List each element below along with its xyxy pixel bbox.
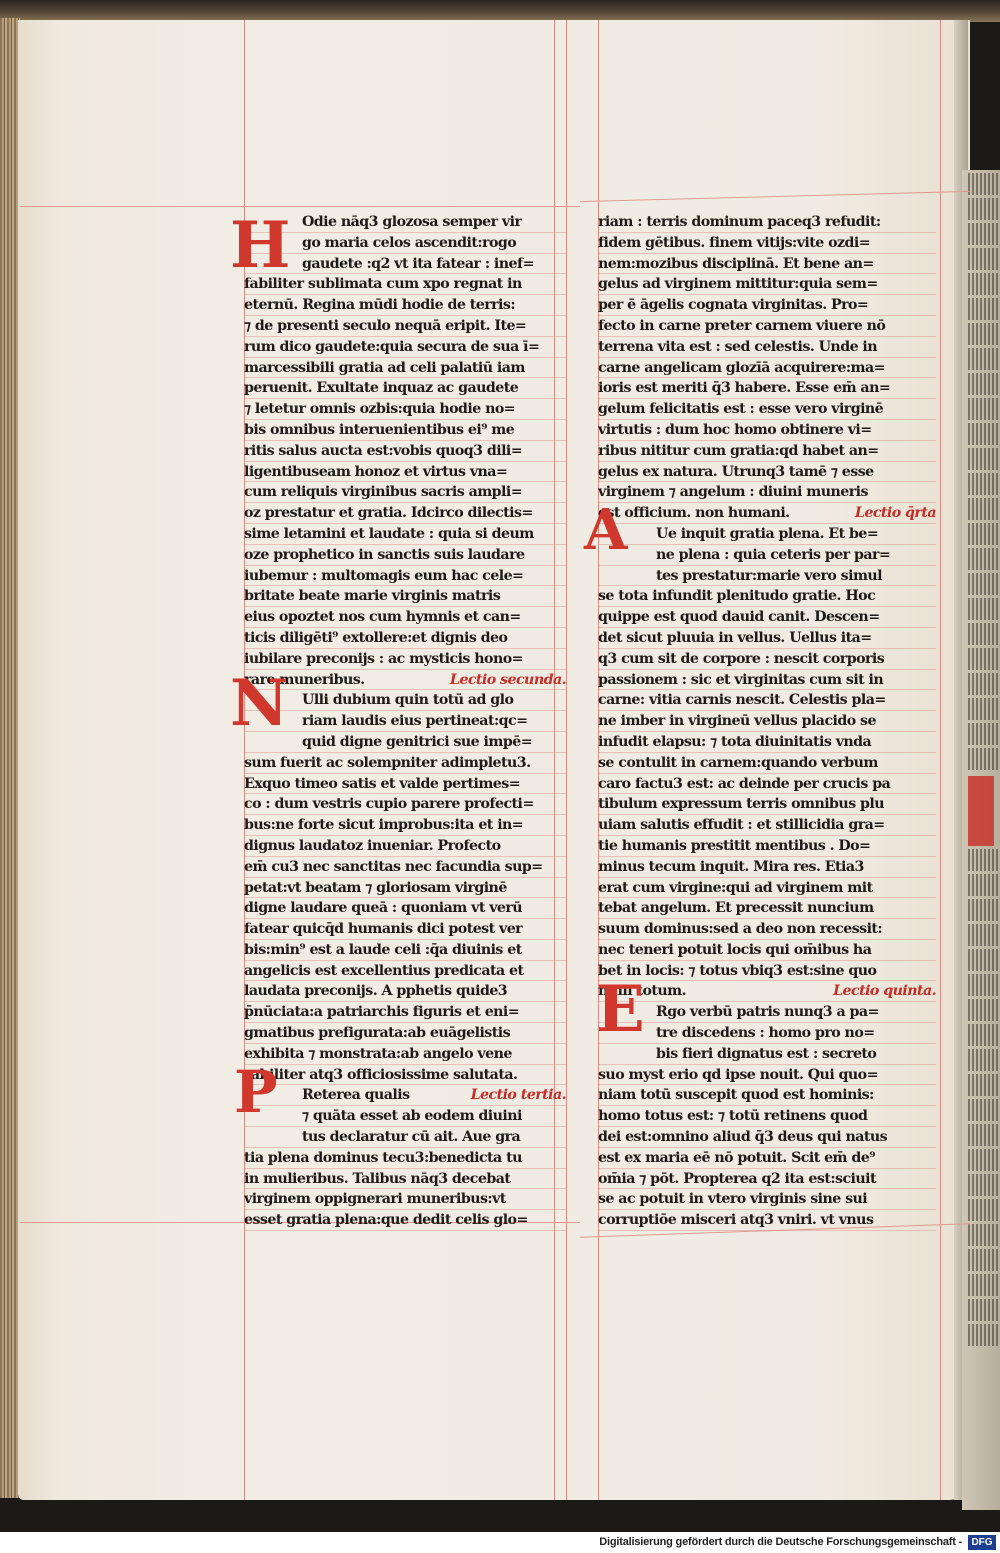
ghost-text-line — [968, 1149, 998, 1171]
line-text: digne laudare queā : quoniam vt verū — [244, 900, 522, 916]
line-text: tes prestatur:marie vero simul — [656, 568, 882, 584]
ghost-text-line — [968, 1049, 998, 1071]
text-line: dignus laudatoz inueniar. Profecto — [244, 836, 566, 857]
ghost-text-line — [968, 173, 998, 195]
initial-letter-a: A — [584, 498, 627, 562]
rubric-heading: Lectio q̄rta — [855, 503, 936, 524]
line-text: tre discedens : homo pro no= — [656, 1025, 875, 1041]
line-text: co : dum vestris cupio parere profecti= — [244, 796, 534, 812]
line-text: tebat angelum. Et precessit nuncium — [598, 900, 874, 916]
text-line: rum dico gaudete:quia secura de sua ī= — [244, 337, 566, 358]
text-line: suum dominus:sed a deo non recessit: — [598, 919, 936, 940]
text-line: tre discedens : homo pro no= — [598, 1023, 936, 1044]
ghost-text-line — [968, 1074, 998, 1096]
text-line: gaudete :q2 vt ita fatear : inef= — [244, 254, 566, 275]
text-line: riam laudis eius pertineat:qc= — [244, 711, 566, 732]
text-line: digne laudare queā : quoniam vt verū — [244, 898, 566, 919]
ruling-line-vertical — [940, 20, 941, 1500]
text-column-left: Odie nāq3 glozosa semper virgo maria cel… — [244, 212, 566, 1231]
line-text: gelus ex natura. Utrunq3 tamē ⁊ esse — [598, 464, 874, 480]
ghost-text-line — [968, 698, 998, 720]
text-line: per ē āgelis cognata virginitas. Pro= — [598, 295, 936, 316]
line-text: Ue inquit gratia plena. Et be= — [656, 526, 878, 542]
ghost-text-line — [968, 1274, 998, 1296]
ghost-text-line — [968, 423, 998, 445]
initial-letter-p: P — [234, 1060, 278, 1124]
line-text: Odie nāq3 glozosa semper vir — [302, 214, 521, 230]
line-text: Reterea qualis — [302, 1087, 410, 1103]
text-line: Exquo timeo satis et valde pertimes= — [244, 774, 566, 795]
text-line: nem:mozibus disciplinā. Et bene an= — [598, 254, 936, 275]
book-scan: Odie nāq3 glozosa semper virgo maria cel… — [0, 0, 1000, 1532]
line-text: ⁊ de presenti seculo nequā eripit. Ite= — [244, 318, 526, 334]
line-text: se ac potuit in vtero virginis sine sui — [598, 1191, 867, 1207]
ghost-text-line — [968, 1099, 998, 1121]
line-text: bis omnibus interuenientibus ei⁹ me — [244, 422, 514, 438]
text-line: eternū. Regina mūdi hodie de terris: — [244, 295, 566, 316]
ghost-text-line — [968, 999, 998, 1021]
text-line: tus declaratur cū ait. Aue gra — [244, 1127, 566, 1148]
ghost-text-line — [968, 874, 998, 896]
line-text: virtutis : dum hoc homo obtinere vi= — [598, 422, 872, 438]
ghost-text-line — [968, 1124, 998, 1146]
line-text: britate beate marie virginis matris — [244, 588, 500, 604]
line-text: bis fieri dignatus est : secreto — [656, 1046, 876, 1062]
line-text: uiam salutis effudit : et stillicidia gr… — [598, 817, 885, 833]
text-line: minus tecum inquit. Mira res. Etia3 — [598, 857, 936, 878]
text-line: petat:vt beatam ⁊ gloriosam virginē — [244, 878, 566, 899]
line-text: exhibita ⁊ monstrata:ab angelo vene — [244, 1046, 512, 1062]
ghost-text-line — [968, 748, 998, 770]
line-text: det sicut pluuia in vellus. Uellus ita= — [598, 630, 872, 646]
line-text: sum fuerit ac solempniter adimpletu3. — [244, 755, 531, 771]
text-line: niam totū suscepit quod est hominis: — [598, 1085, 936, 1106]
line-text: erat cum virgine:qui ad virginem mit — [598, 880, 873, 896]
initial-letter-h: H — [230, 214, 290, 278]
text-line: se contulit in carnem:quando verbum — [598, 753, 936, 774]
line-text: oze prophetico in sanctis suis laudare — [244, 547, 524, 563]
text-line: q3 cum sit de corpore : nescit corporis — [598, 649, 936, 670]
text-line: gelum felicitatis est : esse vero virgin… — [598, 399, 936, 420]
text-line: infudit elapsu: ⁊ tota diuinitatis vnda — [598, 732, 936, 753]
line-text: gelum felicitatis est : esse vero virgin… — [598, 401, 883, 417]
text-line: eius opoztet nos cum hymnis et can= — [244, 607, 566, 628]
text-line: fidem gētibus. finem vitijs:vite ozdi= — [598, 233, 936, 254]
ghost-text-line — [968, 623, 998, 645]
ghost-text-line — [968, 248, 998, 270]
line-text: nem:mozibus disciplinā. Et bene an= — [598, 256, 874, 272]
text-line: caro factu3 est: ac deinde per crucis pa — [598, 774, 936, 795]
line-text: iubemur : multomagis eum hac cele= — [244, 568, 523, 584]
ghost-text-line — [968, 573, 998, 595]
line-text: niam totū suscepit quod est hominis: — [598, 1087, 874, 1103]
line-text: tie humanis prestitit mentibus . Do= — [598, 838, 870, 854]
line-text: caro factu3 est: ac deinde per crucis pa — [598, 776, 890, 792]
text-line: co : dum vestris cupio parere profecti= — [244, 794, 566, 815]
ghost-text-line — [968, 723, 998, 745]
text-line: bis:min⁹ est a laude celi :q̄a diuinis e… — [244, 940, 566, 961]
dfg-logo: DFG — [968, 1535, 996, 1550]
line-text: esset gratia plena:que dedit celis glo= — [244, 1212, 528, 1228]
line-text: fatear quicq̄d humanis dici potest ver — [244, 921, 522, 937]
ghost-text-line — [968, 1299, 998, 1321]
line-text: ticis diligēti⁹ extollere:et dignis deo — [244, 630, 507, 646]
text-line: fecto in carne preter carnem viuere nō — [598, 316, 936, 337]
line-text: Rgo verbū patris nunq3 a pa= — [656, 1004, 879, 1020]
ghost-text-line — [968, 1174, 998, 1196]
text-line: Ue inquit gratia plena. Et be= — [598, 524, 936, 545]
ghost-text-line — [968, 949, 998, 971]
text-line: in mulieribus. Talibus nāq3 decebat — [244, 1169, 566, 1190]
line-text: homo totus est: ⁊ totū retinens quod — [598, 1108, 867, 1124]
line-text: gelus ad virginem mittitur:quia sem= — [598, 276, 878, 292]
line-text: dei est:omnino aliud q̄3 deus qui natus — [598, 1129, 887, 1145]
text-line: nec teneri potuit locis qui om̄ibus ha — [598, 940, 936, 961]
ruling-line-horizontal — [20, 206, 580, 207]
text-line: uiam salutis effudit : et stillicidia gr… — [598, 815, 936, 836]
line-text: ⁊ letetur omnis ozbis:quia hodie no= — [244, 401, 515, 417]
text-line: tibulum expressum terris omnibus plu — [598, 794, 936, 815]
rubric-heading: Lectio tertia. — [471, 1085, 566, 1106]
ghost-text-line — [968, 298, 998, 320]
line-text: nec teneri potuit locis qui om̄ibus ha — [598, 942, 871, 958]
text-line: est ex maria eē nō potuit. Scit em̄ de⁹ — [598, 1148, 936, 1169]
text-line: virtutis : dum hoc homo obtinere vi= — [598, 420, 936, 441]
text-line: ⁊ quāta esset ab eodem diuini — [244, 1106, 566, 1127]
initial-letter-e: E — [596, 978, 645, 1042]
text-line: ritis salus aucta est:vobis quoq3 dili= — [244, 441, 566, 462]
line-text: oz prestatur et gratia. Idcirco dilectis… — [244, 505, 533, 521]
line-text: dignus laudatoz inueniar. Profecto — [244, 838, 501, 854]
ghost-text-line — [968, 273, 998, 295]
text-line: sime letamini et laudate : quia si deum — [244, 524, 566, 545]
line-text: rabiliter atq3 officiosissime salutata. — [244, 1067, 517, 1083]
ghost-text-line — [968, 198, 998, 220]
text-line: rabiliter atq3 officiosissime salutata. — [244, 1065, 566, 1086]
text-line: terrena vita est : sed celestis. Unde in — [598, 337, 936, 358]
line-text: riam : terris dominum paceq3 refudit: — [598, 214, 881, 230]
text-line: ligentibuseam honoz et virtus vna= — [244, 462, 566, 483]
line-text: terrena vita est : sed celestis. Unde in — [598, 339, 877, 355]
text-line: est officium. non humani.Lectio q̄rta — [598, 503, 936, 524]
text-line: gelus ad virginem mittitur:quia sem= — [598, 274, 936, 295]
line-text: ioris est meriti q̄3 habere. Esse em̄ an… — [598, 380, 890, 396]
text-line: om̄ia ⁊ pōt. Propterea q2 ita est:sciuit — [598, 1169, 936, 1190]
text-line: bis fieri dignatus est : secreto — [598, 1044, 936, 1065]
ghost-text-line — [968, 673, 998, 695]
line-text: em̄ cu3 nec sanctitas nec facundia sup= — [244, 859, 543, 875]
text-line: em̄ cu3 nec sanctitas nec facundia sup= — [244, 857, 566, 878]
text-line: esset gratia plena:que dedit celis glo= — [244, 1210, 566, 1231]
text-line: riam : terris dominum paceq3 refudit: — [598, 212, 936, 233]
text-line: ⁊ de presenti seculo nequā eripit. Ite= — [244, 316, 566, 337]
text-line: ne plena : quia ceteris per par= — [598, 545, 936, 566]
ghost-text-line — [968, 223, 998, 245]
text-line: gelus ex natura. Utrunq3 tamē ⁊ esse — [598, 462, 936, 483]
text-line: erat cum virgine:qui ad virginem mit — [598, 878, 936, 899]
line-text: in mulieribus. Talibus nāq3 decebat — [244, 1171, 510, 1187]
text-line: virginem oppignerari muneribus:vt — [244, 1189, 566, 1210]
ghost-text-line — [968, 373, 998, 395]
text-line: exhibita ⁊ monstrata:ab angelo vene — [244, 1044, 566, 1065]
text-line: ⁊ letetur omnis ozbis:quia hodie no= — [244, 399, 566, 420]
line-text: ligentibuseam honoz et virtus vna= — [244, 464, 507, 480]
line-text: fecto in carne preter carnem viuere nō — [598, 318, 885, 334]
ghost-text-line — [968, 1199, 998, 1221]
line-text: tia plena dominus tecu3:benedicta tu — [244, 1150, 522, 1166]
text-line: nihil totum.Lectio quinta. — [598, 981, 936, 1002]
text-line: oze prophetico in sanctis suis laudare — [244, 545, 566, 566]
line-text: ⁊ quāta esset ab eodem diuini — [302, 1108, 522, 1124]
line-text: quippe est quod dauid canit. Descen= — [598, 609, 880, 625]
line-text: ribus nititur cum gratia:qd habet an= — [598, 443, 879, 459]
text-line: fabiliter sublimata cum xpo regnat in — [244, 274, 566, 295]
ghost-text-line — [968, 598, 998, 620]
line-text: marcessibili gratia ad celi palatiū iam — [244, 360, 525, 376]
line-text: passionem : sic et virginitas cum sit in — [598, 672, 883, 688]
ghost-text-line — [968, 323, 998, 345]
line-text: gaudete :q2 vt ita fatear : inef= — [302, 256, 534, 272]
line-text: per ē āgelis cognata virginitas. Pro= — [598, 297, 868, 313]
text-line: quid digne genitrici sue impē= — [244, 732, 566, 753]
line-text: iubilare preconijs : ac mysticis hono= — [244, 651, 523, 667]
text-line: ne imber in virgineū vellus placido se — [598, 711, 936, 732]
line-text: tus declaratur cū ait. Aue gra — [302, 1129, 520, 1145]
ghost-text-line — [968, 1024, 998, 1046]
ghost-text-line — [968, 849, 998, 871]
text-line: suo myst erio qd ipse nouit. Qui quo= — [598, 1065, 936, 1086]
text-line: fatear quicq̄d humanis dici potest ver — [244, 919, 566, 940]
line-text: quid digne genitrici sue impē= — [302, 734, 532, 750]
line-text: carne: vitia carnis nescit. Celestis pla… — [598, 692, 886, 708]
ghost-text-line — [968, 1324, 998, 1346]
funding-credit-text: Digitalisierung gefördert durch die Deut… — [599, 1536, 962, 1548]
ghost-text-line — [968, 523, 998, 545]
text-line: ticis diligēti⁹ extollere:et dignis deo — [244, 628, 566, 649]
line-text: carne angelicam glozīā acquirere:ma= — [598, 360, 885, 376]
text-line: carne angelicam glozīā acquirere:ma= — [598, 358, 936, 379]
ghost-text-line — [968, 974, 998, 996]
text-line: Rgo verbū patris nunq3 a pa= — [598, 1002, 936, 1023]
footer-credit-bar: Digitalisierung gefördert durch die Deut… — [0, 1532, 1000, 1553]
ghost-text-line — [968, 1249, 998, 1271]
line-text: gmatibus prefigurata:ab euāgelistis — [244, 1025, 510, 1041]
line-text: minus tecum inquit. Mira res. Etia3 — [598, 859, 864, 875]
text-line: angelicis est excellentius predicata et — [244, 961, 566, 982]
text-line: tie humanis prestitit mentibus . Do= — [598, 836, 936, 857]
text-line: laudata preconijs. A pphetis quide3 — [244, 981, 566, 1002]
line-text: bus:ne forte sicut improbus:ita et in= — [244, 817, 523, 833]
ghost-text-line — [968, 448, 998, 470]
text-line: se tota infundit plenitudo gratie. Hoc — [598, 586, 936, 607]
line-text: laudata preconijs. A pphetis quide3 — [244, 983, 507, 999]
ghost-text-line — [968, 924, 998, 946]
text-line: britate beate marie virginis matris — [244, 586, 566, 607]
ghost-initial — [968, 776, 994, 846]
text-line: p̄nūciata:a patriarchis figuris et eni= — [244, 1002, 566, 1023]
text-line: se ac potuit in vtero virginis sine sui — [598, 1189, 936, 1210]
text-line: det sicut pluuia in vellus. Uellus ita= — [598, 628, 936, 649]
line-text: Exquo timeo satis et valde pertimes= — [244, 776, 520, 792]
line-text: virginem ⁊ angelum : diuini muneris — [598, 484, 868, 500]
line-text: tibulum expressum terris omnibus plu — [598, 796, 884, 812]
line-text: bis:min⁹ est a laude celi :q̄a diuinis e… — [244, 942, 522, 958]
line-text: angelicis est excellentius predicata et — [244, 963, 524, 979]
line-text: om̄ia ⁊ pōt. Propterea q2 ita est:sciuit — [598, 1171, 876, 1187]
ghost-text-line — [968, 899, 998, 921]
text-line: rare muneribus.Lectio secunda. — [244, 670, 566, 691]
line-text: ritis salus aucta est:vobis quoq3 dili= — [244, 443, 522, 459]
text-line: iubilare preconijs : ac mysticis hono= — [244, 649, 566, 670]
line-text: peruenit. Exultate inquaz ac gaudete — [244, 380, 518, 396]
text-line: tes prestatur:marie vero simul — [598, 566, 936, 587]
adjacent-page-sliver — [962, 170, 1000, 1510]
ghost-text-line — [968, 398, 998, 420]
rubric-heading: Lectio secunda. — [450, 670, 566, 691]
text-line: carne: vitia carnis nescit. Celestis pla… — [598, 690, 936, 711]
page-stack-edge — [0, 18, 20, 1498]
text-line: bis omnibus interuenientibus ei⁹ me — [244, 420, 566, 441]
ghost-text-line — [968, 1224, 998, 1246]
line-text: ne plena : quia ceteris per par= — [656, 547, 890, 563]
line-text: infudit elapsu: ⁊ tota diuinitatis vnda — [598, 734, 871, 750]
text-line: corruptiōe misceri atq3 vniri. vt vnus — [598, 1210, 936, 1231]
line-text: est ex maria eē nō potuit. Scit em̄ de⁹ — [598, 1150, 875, 1166]
text-line: quippe est quod dauid canit. Descen= — [598, 607, 936, 628]
text-line: dei est:omnino aliud q̄3 deus qui natus — [598, 1127, 936, 1148]
text-line: go maria celos ascendit:rogo — [244, 233, 566, 254]
text-line: Reterea qualisLectio tertia. — [244, 1085, 566, 1106]
text-line: tebat angelum. Et precessit nuncium — [598, 898, 936, 919]
text-line: gmatibus prefigurata:ab euāgelistis — [244, 1023, 566, 1044]
text-column-right: riam : terris dominum paceq3 refudit:fid… — [598, 212, 936, 1231]
line-text: p̄nūciata:a patriarchis figuris et eni= — [244, 1004, 519, 1020]
line-text: go maria celos ascendit:rogo — [302, 235, 516, 251]
text-line: passionem : sic et virginitas cum sit in — [598, 670, 936, 691]
book-top-edge — [0, 0, 1000, 22]
text-line: iubemur : multomagis eum hac cele= — [244, 566, 566, 587]
ruling-line-vertical — [566, 20, 567, 1500]
ghost-text-line — [968, 473, 998, 495]
line-text: eius opoztet nos cum hymnis et can= — [244, 609, 521, 625]
text-line: peruenit. Exultate inquaz ac gaudete — [244, 378, 566, 399]
line-text: rum dico gaudete:quia secura de sua ī= — [244, 339, 539, 355]
text-line: bet in locis: ⁊ totus vbiq3 est:sine quo — [598, 961, 936, 982]
line-text: suum dominus:sed a deo non recessit: — [598, 921, 882, 937]
line-text: q3 cum sit de corpore : nescit corporis — [598, 651, 884, 667]
rubric-heading: Lectio quinta. — [833, 981, 936, 1002]
text-line: tia plena dominus tecu3:benedicta tu — [244, 1148, 566, 1169]
line-text: Ulli dubium quin totū ad glo — [302, 692, 513, 708]
text-line: oz prestatur et gratia. Idcirco dilectis… — [244, 503, 566, 524]
line-text: se tota infundit plenitudo gratie. Hoc — [598, 588, 875, 604]
ghost-text-line — [968, 648, 998, 670]
line-text: sime letamini et laudate : quia si deum — [244, 526, 534, 542]
text-line: cum reliquis virginibus sacris ampli= — [244, 482, 566, 503]
line-text: fidem gētibus. finem vitijs:vite ozdi= — [598, 235, 870, 251]
ghost-text-line — [968, 498, 998, 520]
text-line: Ulli dubium quin totū ad glo — [244, 690, 566, 711]
ghost-text-line — [968, 348, 998, 370]
text-line: Odie nāq3 glozosa semper vir — [244, 212, 566, 233]
text-line: marcessibili gratia ad celi palatiū iam — [244, 358, 566, 379]
line-text: petat:vt beatam ⁊ gloriosam virginē — [244, 880, 507, 896]
text-line: bus:ne forte sicut improbus:ita et in= — [244, 815, 566, 836]
line-text: ne imber in virgineū vellus placido se — [598, 713, 876, 729]
text-line: ioris est meriti q̄3 habere. Esse em̄ an… — [598, 378, 936, 399]
line-text: corruptiōe misceri atq3 vniri. vt vnus — [598, 1212, 873, 1228]
text-line: homo totus est: ⁊ totū retinens quod — [598, 1106, 936, 1127]
ghost-text-line — [968, 548, 998, 570]
line-text: eternū. Regina mūdi hodie de terris: — [244, 297, 515, 313]
initial-letter-n: N — [230, 672, 289, 736]
text-line: virginem ⁊ angelum : diuini muneris — [598, 482, 936, 503]
line-text: suo myst erio qd ipse nouit. Qui quo= — [598, 1067, 878, 1083]
line-text: cum reliquis virginibus sacris ampli= — [244, 484, 522, 500]
line-text: se contulit in carnem:quando verbum — [598, 755, 878, 771]
text-line: ribus nititur cum gratia:qd habet an= — [598, 441, 936, 462]
line-text: virginem oppignerari muneribus:vt — [244, 1191, 506, 1207]
line-text: riam laudis eius pertineat:qc= — [302, 713, 527, 729]
text-line: sum fuerit ac solempniter adimpletu3. — [244, 753, 566, 774]
